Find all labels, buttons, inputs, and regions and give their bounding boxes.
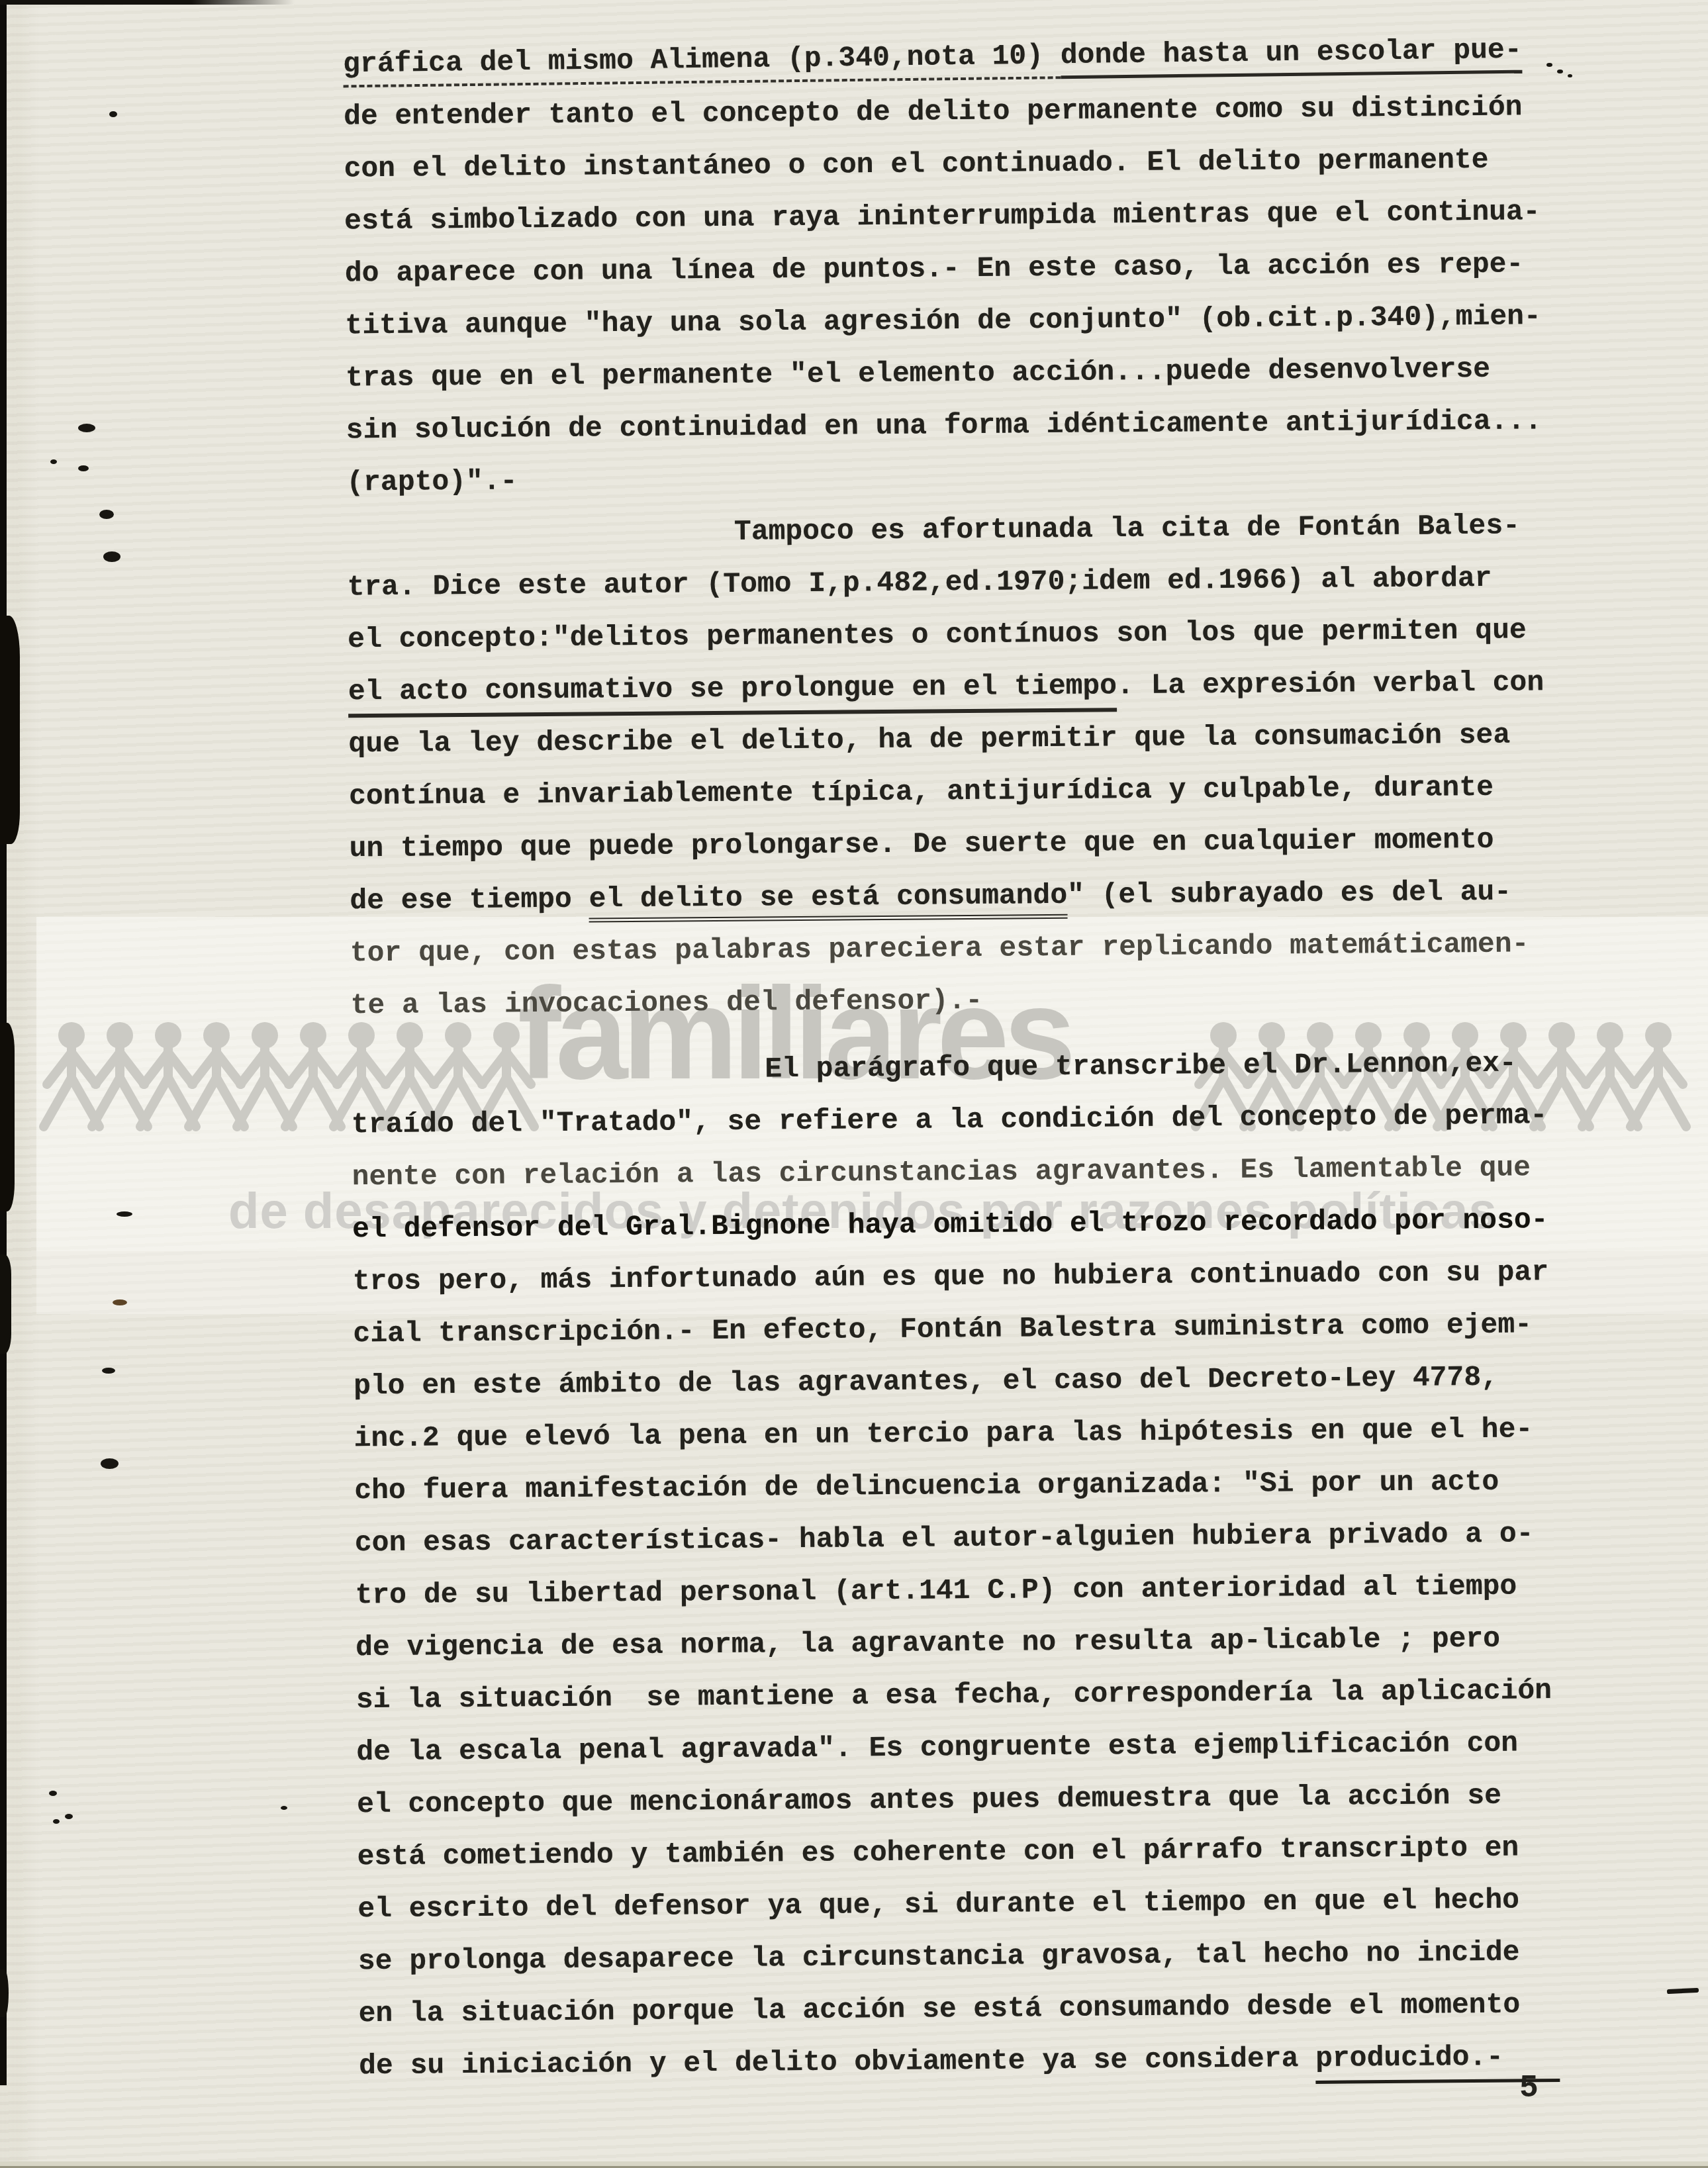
text-line-30: tro de su libertad personal (art.141 C.P… (355, 1569, 1627, 1631)
plain-text: " (el subrayado es del au- (1067, 876, 1511, 912)
page-number: 5 (1519, 2071, 1539, 2106)
ink-speck (50, 459, 57, 464)
text-line-29: con esas características- habla el autor… (355, 1517, 1627, 1579)
text-line-14: que la ley describe el delito, ha de per… (348, 718, 1620, 780)
text-line-28: cho fuera manifestación de delincuencia … (354, 1464, 1626, 1527)
text-line-22: nente con relación a las circunstancias … (352, 1151, 1623, 1213)
text-line-18: tor que, con estas palabras pareciera es… (350, 927, 1622, 989)
text-line-37: se prolonga desaparece la circunstancia … (358, 1935, 1630, 1997)
underlined-text: el acto consumativo se prolongue en el t… (348, 669, 1117, 718)
scanned-document-page: familiares de desaparecidos y detenidos … (0, 0, 1708, 2168)
text-line-32: si la situación se mantiene a esa fecha,… (356, 1673, 1628, 1736)
text-line-16: un tiempo que puede prolongarse. De suer… (350, 822, 1621, 884)
scan-edge-bottom (0, 2161, 1708, 2168)
text-line-12: el concepto:"delitos permanentes o contí… (348, 613, 1619, 675)
ink-speck (78, 424, 95, 432)
text-line-04: está simbolizado con una raya ininterrum… (344, 195, 1616, 257)
underlined-text: el delito se está consumando (589, 879, 1067, 923)
text-line-05: do aparece con una línea de puntos.- En … (345, 247, 1617, 309)
text-line-26: plo en este ámbito de las agravantes, el… (354, 1360, 1625, 1422)
text-line-27: inc.2 que elevó la pena en un tercio par… (354, 1412, 1626, 1474)
ink-speck (99, 510, 114, 519)
text-line-35: está cometiendo y también es coherente c… (357, 1830, 1629, 1893)
ink-speck (1568, 74, 1572, 77)
scan-edge-left-blob (0, 1023, 15, 1211)
ink-speck (53, 1819, 60, 1824)
ink-speck (1546, 63, 1552, 67)
text-line-01: gráfica del mismo Alimena (p.340,nota 10… (343, 32, 1615, 100)
text-line-08: sin solución de continuidad en una forma… (346, 404, 1618, 466)
ink-speck (78, 465, 89, 471)
ink-speck (1557, 70, 1563, 73)
text-line-09: (rapto)".- (346, 456, 1618, 518)
margin-dash (1667, 1988, 1699, 1995)
text-line-39: de su iniciación y el delito obviamente … (359, 2040, 1631, 2102)
text-line-15: contínua e invariablemente típica, antij… (349, 770, 1621, 832)
ink-speck (281, 1806, 287, 1810)
text-line-20: El parágrafo que transcribe el Dr.Lennon… (351, 1046, 1623, 1108)
scan-edge-left-blob (0, 1969, 9, 2017)
underlined-text: donde hasta un escolar pue- (1061, 34, 1522, 79)
text-line-06: titiva aunque "hay una sola agresión de … (345, 299, 1617, 361)
plain-text: . La expresión verbal con (1117, 666, 1544, 702)
ink-speck (65, 1814, 73, 1819)
text-line-19: te a las invocaciones del defensor).- (350, 979, 1622, 1041)
plain-text: de su iniciación y el delito obviamente … (359, 2042, 1315, 2082)
text-line-23: el defensor del Gral.Bignone haya omitid… (352, 1203, 1624, 1265)
text-line-33: de la escala penal agravada". Es congrue… (356, 1726, 1628, 1788)
dotted-underlined-text: gráfica del mismo Alimena (p.340,nota 10… (343, 39, 1061, 87)
ink-speck (101, 1458, 119, 1469)
ink-speck (103, 551, 120, 562)
text-line-11: tra. Dice este autor (Tomo I,p.482,ed.19… (347, 561, 1619, 623)
text-line-34: el concepto que mencionáramos antes pues… (357, 1778, 1629, 1840)
text-line-03: con el delito instantáneo o con el conti… (344, 142, 1615, 205)
text-line-21: traído del "Tratado", se refiere a la co… (352, 1098, 1623, 1160)
text-line-17: de ese tiempo el delito se está consuman… (350, 874, 1621, 937)
ink-speck (109, 111, 117, 117)
ink-speck (117, 1211, 132, 1217)
text-line-02: de entender tanto el concepto de delito … (344, 90, 1615, 152)
text-line-13: el acto consumativo se prolongue en el t… (348, 665, 1620, 728)
plain-text: de ese tiempo (350, 883, 589, 918)
scan-edge-left-blob (0, 1254, 11, 1354)
scan-edge-left-blob (0, 616, 20, 844)
ink-speck (49, 1791, 57, 1796)
document-text-block: gráfica del mismo Alimena (p.340,nota 10… (343, 38, 1630, 2102)
ink-speck (102, 1368, 115, 1374)
text-line-07: tras que en el permanente "el elemento a… (346, 352, 1617, 414)
text-line-10: Tampoco es afortunada la cita de Fontán … (347, 508, 1619, 571)
text-line-24: tros pero, más infortunado aún es que no… (353, 1255, 1625, 1317)
text-line-38: en la situación porque la acción se está… (358, 1987, 1630, 2050)
text-line-25: cial transcripción.- En efecto, Fontán B… (353, 1307, 1625, 1370)
ink-speck (113, 1299, 127, 1305)
scan-edge-top (0, 0, 295, 5)
text-line-36: el escrito del defensor ya que, si duran… (357, 1883, 1629, 1945)
text-line-31: de vigencia de esa norma, la agravante n… (356, 1621, 1627, 1683)
